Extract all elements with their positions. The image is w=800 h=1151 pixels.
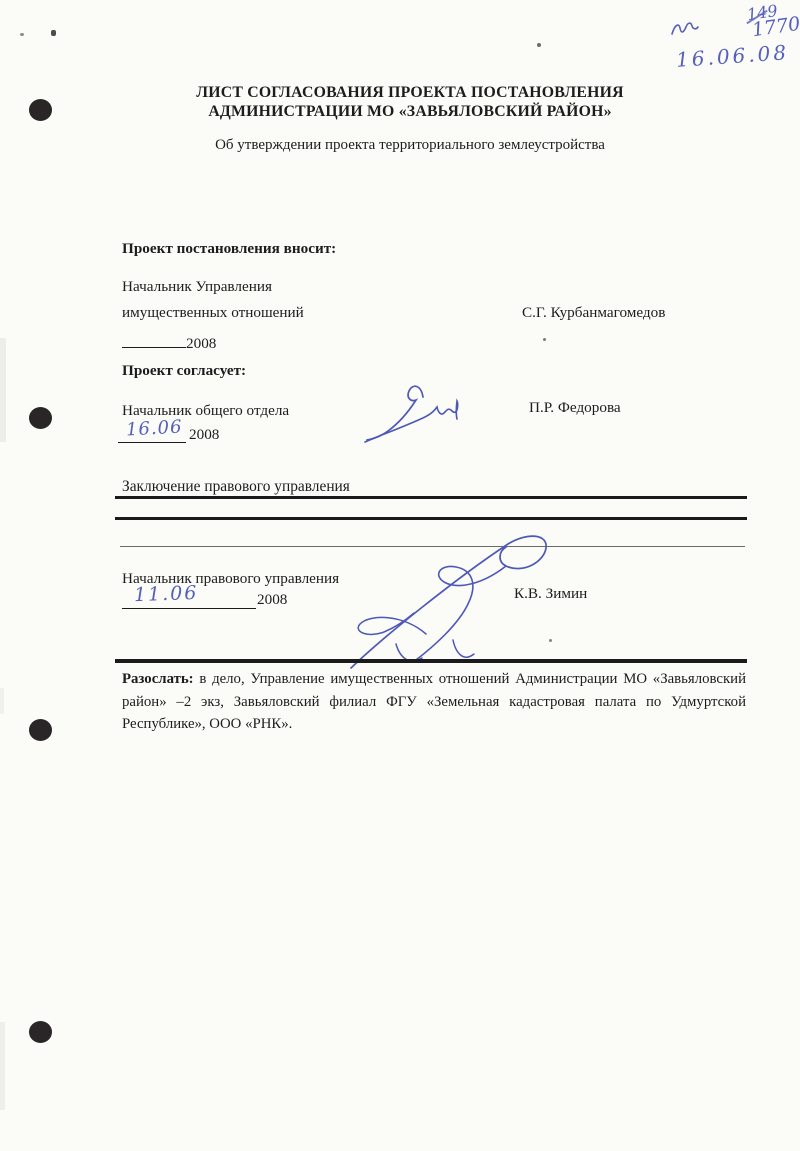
scan-speck: [51, 30, 56, 36]
scan-speck: [537, 43, 541, 47]
handwritten-number-sign-icon: [670, 20, 700, 38]
agree-position: Начальник общего отдела: [122, 402, 289, 420]
agree-year: 2008: [189, 426, 219, 444]
agree-section-heading: Проект согласует:: [122, 362, 246, 380]
submit-date-row: 2008: [122, 331, 216, 353]
distribution-text: в дело, Управление имущественных отношен…: [122, 671, 746, 732]
ruled-line: [115, 659, 747, 663]
date-blank-line: [122, 331, 186, 348]
handwritten-registration-date: 16.06.08: [675, 40, 789, 72]
document-title-line1: ЛИСТ СОГЛАСОВАНИЯ ПРОЕКТА ПОСТАНОВЛЕНИЯ: [60, 84, 760, 103]
submit-year: 2008: [186, 335, 216, 352]
date-blank-line: [122, 608, 256, 609]
distribution-label: Разослать:: [122, 671, 194, 687]
submit-section-heading: Проект постановления вносит:: [122, 240, 336, 258]
signature-fedorova-icon: [363, 381, 463, 445]
agree-signer-name: П.Р. Федорова: [529, 399, 621, 417]
scan-edge-shadow: [0, 688, 4, 714]
ruled-line: [115, 517, 747, 520]
distribution-note: Разослать: в дело, Управление имуществен…: [122, 668, 746, 736]
document-title-line2: АДМИНИСТРАЦИИ МО «ЗАВЬЯЛОВСКИЙ РАЙОН»: [60, 103, 760, 122]
scan-speck: [20, 33, 24, 36]
signature-zimin-icon: [348, 522, 553, 672]
date-blank-line: [118, 442, 186, 443]
handwritten-agree-date: 16.06: [125, 417, 183, 441]
submitter-position-line2: имущественных отношений: [122, 304, 304, 322]
submitter-name: С.Г. Курбанмагомедов: [522, 304, 665, 322]
hole-punch-mark: [29, 407, 52, 429]
handwritten-legal-date: 11.06: [134, 582, 199, 606]
legal-section-heading: Заключение правового управления: [122, 478, 350, 496]
scan-speck: [543, 338, 546, 341]
document-subject: Об утверждении проекта территориального …: [60, 137, 760, 154]
document-title: ЛИСТ СОГЛАСОВАНИЯ ПРОЕКТА ПОСТАНОВЛЕНИЯ …: [60, 84, 760, 121]
legal-year: 2008: [257, 591, 287, 609]
hole-punch-mark: [29, 719, 52, 741]
ruled-line: [115, 496, 747, 499]
scanned-approval-sheet: 149 1770 16.06.08 ЛИСТ СОГЛАСОВАНИЯ ПРОЕ…: [0, 0, 800, 1151]
hole-punch-mark: [29, 99, 52, 121]
hole-punch-mark: [29, 1021, 52, 1043]
scan-edge-shadow: [0, 1022, 5, 1110]
submitter-position-line1: Начальник Управления: [122, 278, 272, 296]
scan-edge-shadow: [0, 338, 6, 442]
